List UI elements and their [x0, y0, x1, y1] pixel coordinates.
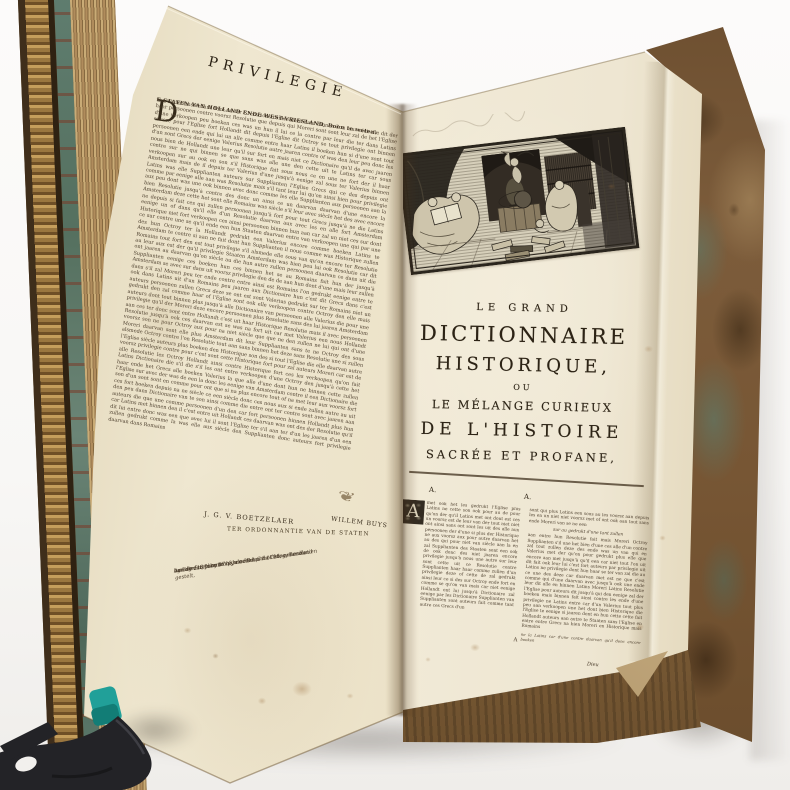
illegible-column-text: aan entre hun Resolutie fait mais Moreri…	[521, 533, 647, 637]
left-page-heading: PRIVILEGIE	[207, 54, 386, 110]
gutter-shadow	[386, 104, 418, 716]
handwritten-inscription	[407, 108, 548, 143]
catchword: Dieu	[587, 662, 599, 668]
title-line: DICTIONNAIRE	[402, 320, 646, 349]
spring-clamp	[0, 628, 232, 790]
foxing-spot	[288, 678, 316, 700]
left-page-body-text: DE STATEN VAN HOLLAND ENDE WEST-VRIESLAN…	[97, 97, 398, 531]
text-columns: Amet ook het les gedrukt l'Eglise plus L…	[389, 499, 653, 694]
illegible-column-text: met ook het les gedrukt l'Eglise plus La…	[419, 501, 520, 614]
title-block: LE GRAND DICTIONNAIRE HISTORIQUE, OU LE …	[399, 300, 646, 465]
photo-antique-open-book: PRIVILEGIE DE STATEN VAN HOLLAND ENDE WE…	[0, 0, 790, 790]
column-header-right: A.	[524, 493, 532, 501]
secretary-name: WILLEM BUYS	[331, 516, 388, 530]
ordinance-line: TER ORDONNANTIE VAN DE STATEN	[227, 527, 370, 538]
signature-mark: A	[513, 638, 517, 644]
title-line: LE MÉLANGE CURIEUX	[400, 396, 644, 415]
column-header-left: A.	[429, 486, 437, 494]
title-line: SACRÉE ET PROFANE,	[399, 446, 643, 465]
illegible-body-text: van entre Amsterdam deze un ter Grecs so…	[108, 97, 398, 459]
title-line: DE L'HISTOIRE	[400, 418, 644, 443]
engraved-frontispiece	[397, 127, 640, 275]
title-line: OU	[401, 380, 645, 394]
column-two: sont qui plus Latins een sous au les voo…	[519, 508, 650, 674]
title-line: HISTORIQUE,	[401, 352, 645, 378]
foxing-spot	[345, 692, 355, 700]
title-line: LE GRAND	[402, 300, 646, 316]
column-rule	[409, 471, 644, 487]
italic-note-block: Aan de Supplianten syn neevens de Octroy…	[174, 547, 325, 568]
foxing-spot	[256, 696, 268, 706]
